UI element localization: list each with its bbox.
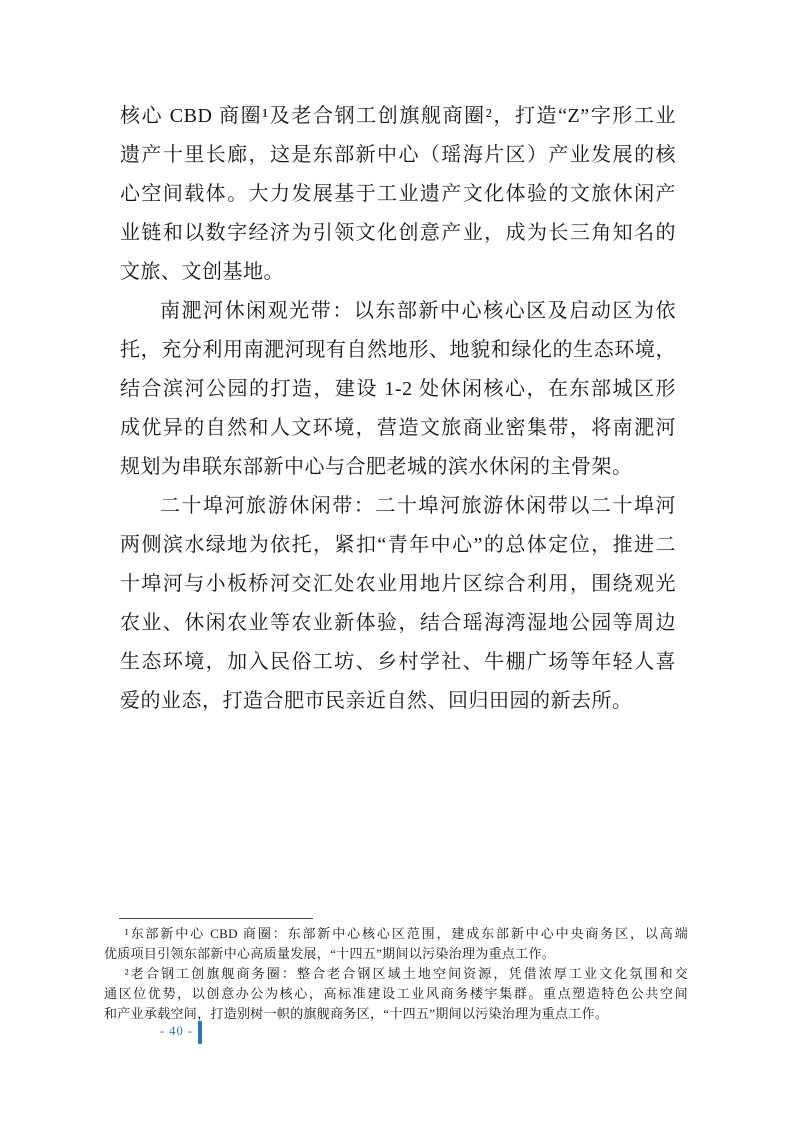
footnote-line: ²老合钢工创旗舰商务圈：整合老合钢区域土地空间资源，凭借浓厚工业文化氛围和交 xyxy=(104,964,688,984)
body-line: 十埠河与小板桥河交汇处农业用地片区综合利用，围绕观光 xyxy=(120,565,676,604)
footnote-separator xyxy=(119,918,313,919)
footnote-1: ¹东部新中心 CBD 商圈：东部新中心核心区范围，建成东部新中心中央商务区，以高… xyxy=(104,924,688,964)
paragraph-3: 二十埠河旅游休闲带：二十埠河旅游休闲带以二十埠河 两侧滨水绿地为依托，紧扣“青年… xyxy=(120,487,676,721)
footnote-line: 通区位优势，以创意办公为核心，高标准建设工业风商务楼宇集群。重点塑造特色公共空间 xyxy=(104,984,688,1004)
body-line: 南淝河休闲观光带：以东部新中心核心区及启动区为依 xyxy=(120,292,676,331)
body-line: 农业、休闲农业等农业新体验，结合瑶海湾湿地公园等周边 xyxy=(120,604,676,643)
body-line: 心空间载体。大力发展基于工业遗产文化体验的文旅休闲产 xyxy=(120,175,676,214)
body-line: 爱的业态，打造合肥市民亲近自然、回归田园的新去所。 xyxy=(120,682,676,721)
body-line: 成优异的自然和人文环境，营造文旅商业密集带，将南淝河 xyxy=(120,409,676,448)
paragraph-2: 南淝河休闲观光带：以东部新中心核心区及启动区为依 托，充分利用南淝河现有自然地形… xyxy=(120,292,676,487)
footnote-line: 和产业承载空间，打造别树一帜的旗舰商务区，“十四五”期间以污染治理为重点工作。 xyxy=(104,1004,688,1024)
body-line: 两侧滨水绿地为依托，紧扣“青年中心”的总体定位，推进二 xyxy=(120,526,676,565)
document-body: 核心 CBD 商圈¹及老合钢工创旗舰商圈²，打造“Z”字形工业 遗产十里长廊，这… xyxy=(120,97,676,721)
document-page[interactable]: 核心 CBD 商圈¹及老合钢工创旗舰商圈²，打造“Z”字形工业 遗产十里长廊，这… xyxy=(0,0,793,1122)
body-line: 遗产十里长廊，这是东部新中心（瑶海片区）产业发展的核 xyxy=(120,136,676,175)
footnotes: ¹东部新中心 CBD 商圈：东部新中心核心区范围，建成东部新中心中央商务区，以高… xyxy=(104,924,688,1024)
body-line: 二十埠河旅游休闲带：二十埠河旅游休闲带以二十埠河 xyxy=(120,487,676,526)
body-line: 结合滨河公园的打造，建设 1-2 处休闲核心，在东部城区形 xyxy=(120,370,676,409)
page-number: - 40 - xyxy=(160,1024,193,1039)
footnote-2: ²老合钢工创旗舰商务圈：整合老合钢区域土地空间资源，凭借浓厚工业文化氛围和交 通… xyxy=(104,964,688,1024)
body-line: 规划为串联东部新中心与合肥老城的滨水休闲的主骨架。 xyxy=(120,448,676,487)
body-line: 业链和以数字经济为引领文化创意产业，成为长三角知名的 xyxy=(120,214,676,253)
body-line: 生态环境，加入民俗工坊、乡村学社、牛棚广场等年轻人喜 xyxy=(120,643,676,682)
body-line: 托，充分利用南淝河现有自然地形、地貌和绿化的生态环境， xyxy=(120,331,676,370)
paragraph-1: 核心 CBD 商圈¹及老合钢工创旗舰商圈²，打造“Z”字形工业 遗产十里长廊，这… xyxy=(120,97,676,292)
text-cursor xyxy=(198,1021,202,1044)
footnote-line: 优质项目引领东部新中心高质量发展，“十四五”期间以污染治理为重点工作。 xyxy=(104,944,688,964)
footnote-line: ¹东部新中心 CBD 商圈：东部新中心核心区范围，建成东部新中心中央商务区，以高… xyxy=(104,924,688,944)
body-line: 核心 CBD 商圈¹及老合钢工创旗舰商圈²，打造“Z”字形工业 xyxy=(120,97,676,136)
body-line: 文旅、文创基地。 xyxy=(120,253,676,292)
